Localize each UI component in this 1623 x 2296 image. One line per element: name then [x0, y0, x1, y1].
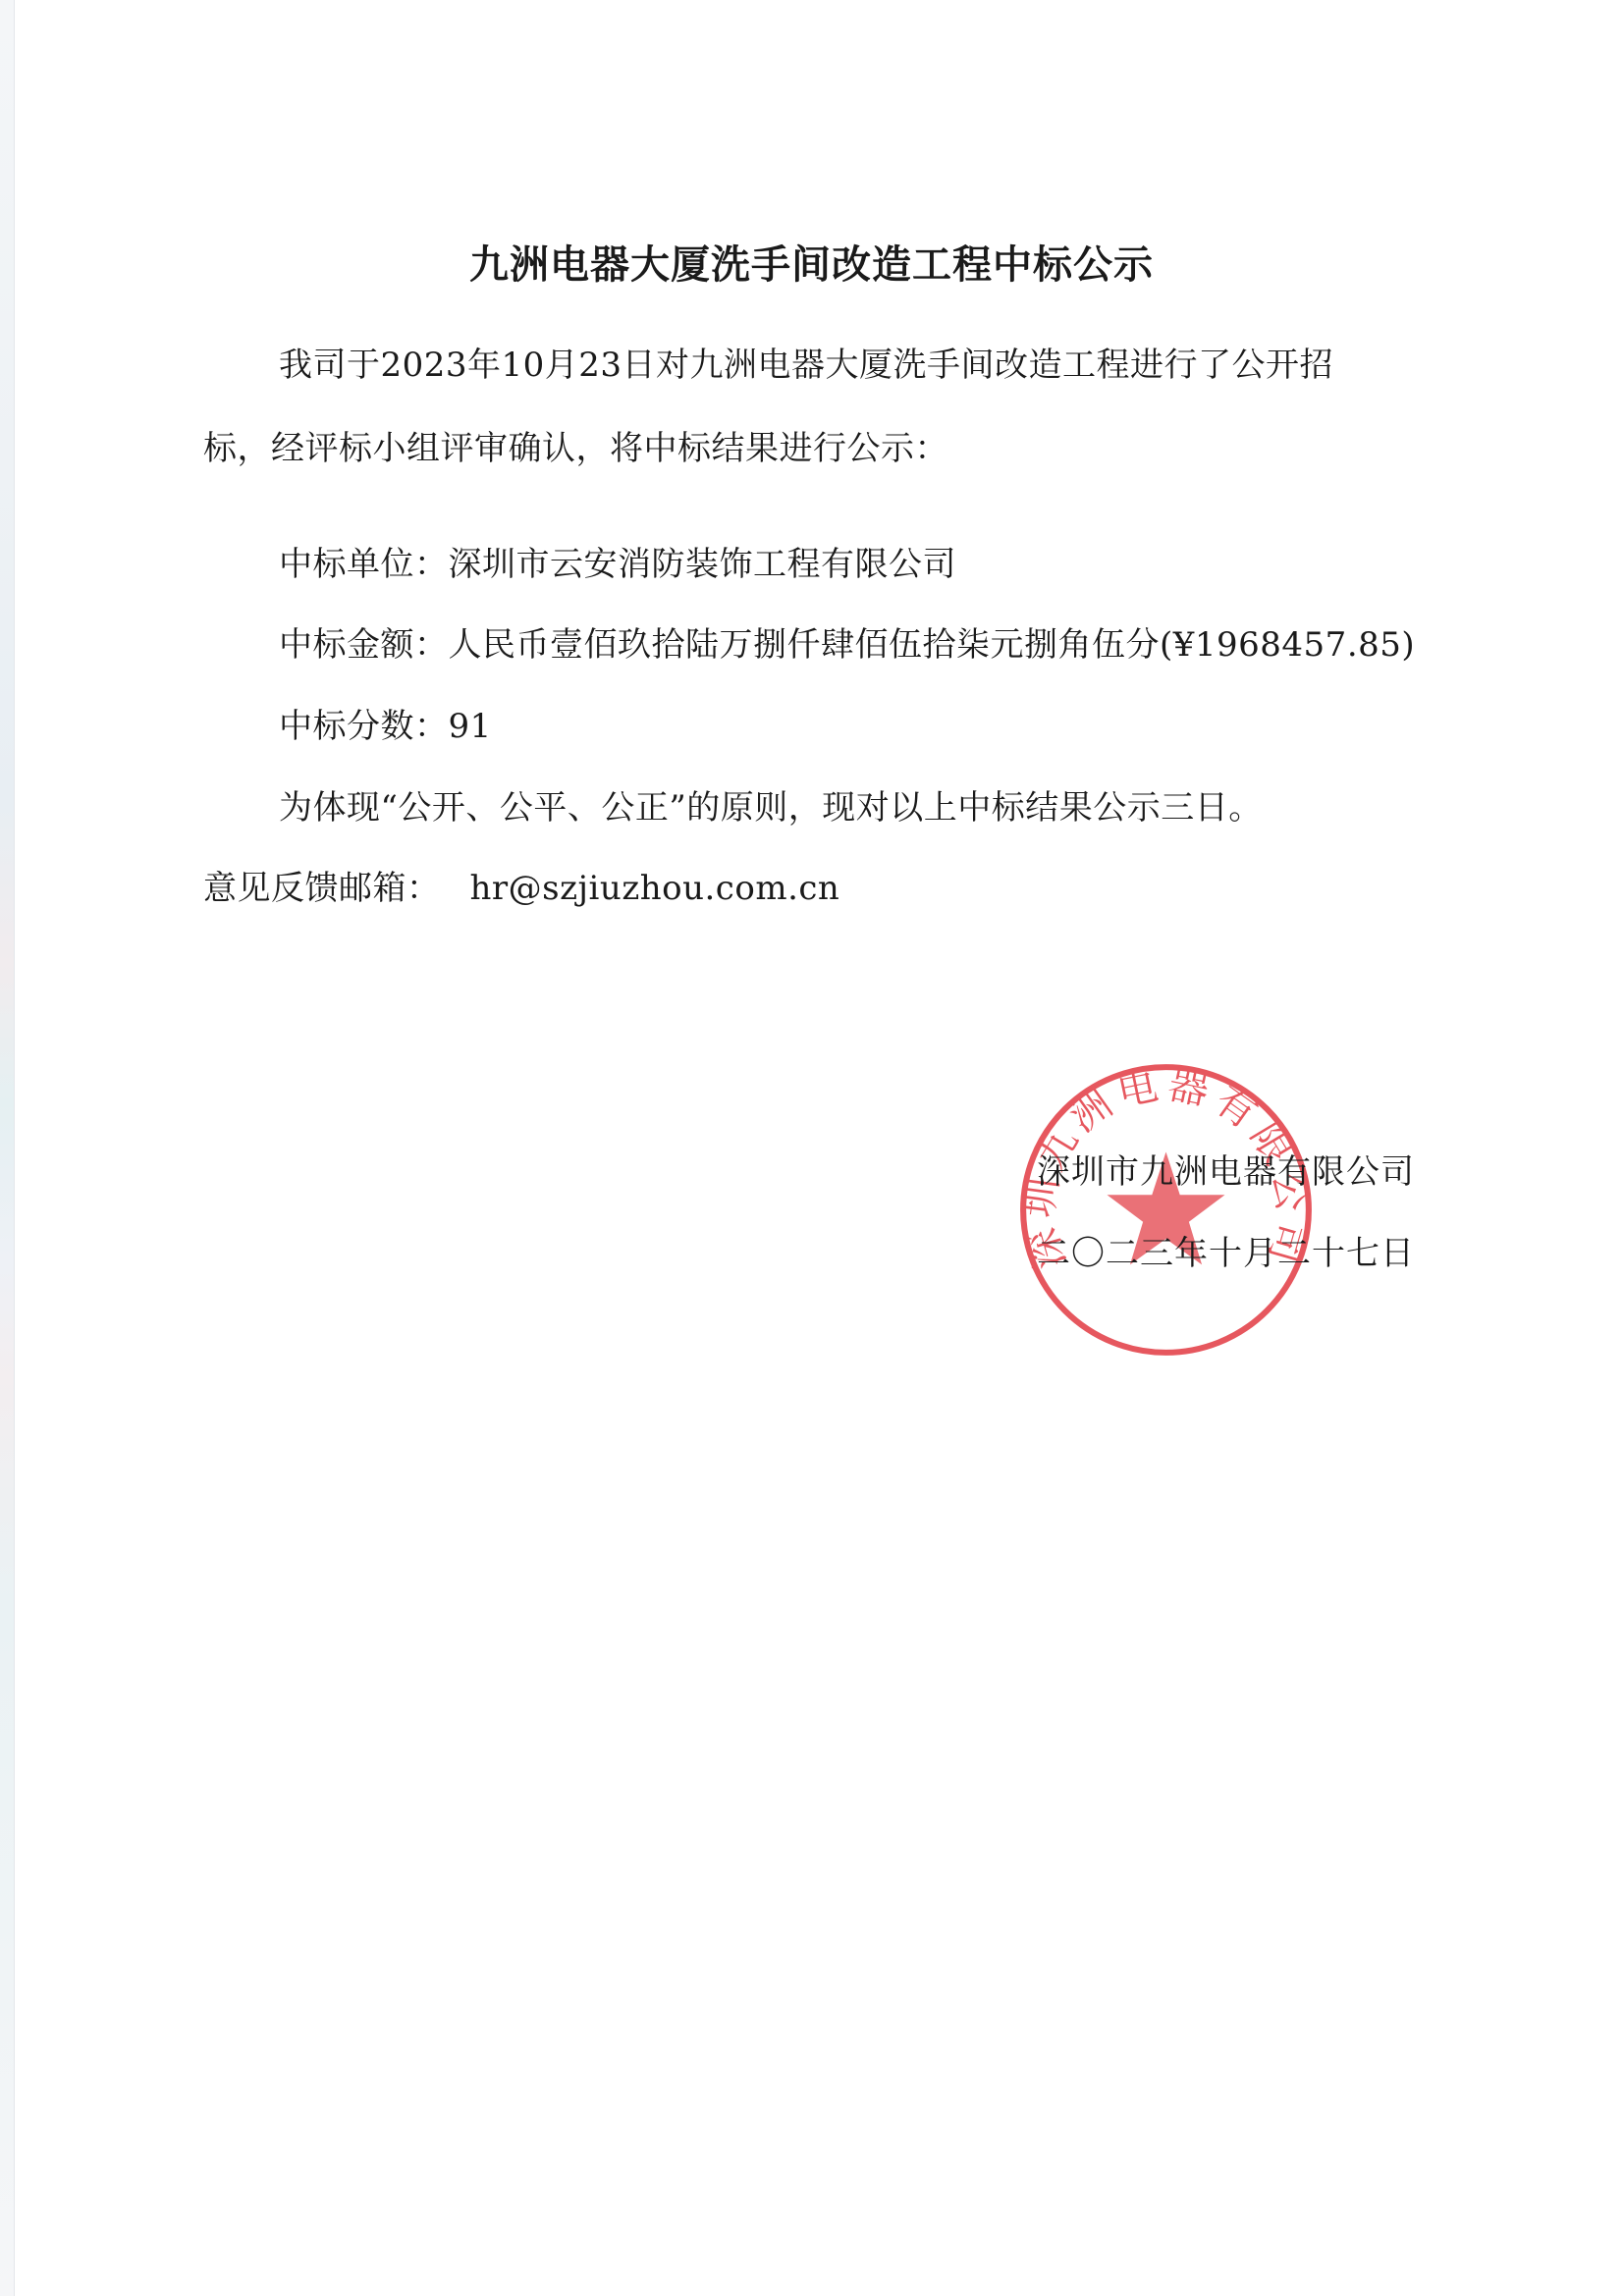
signature-company: 深圳市九洲电器有限公司: [1037, 1152, 1415, 1192]
feedback-label: 意见反馈邮箱：: [203, 869, 441, 908]
document-page: 九洲电器大厦洗手间改造工程中标公示 我司于2023年10月23日对九洲电器大厦洗…: [0, 0, 1623, 2296]
document-title: 九洲电器大厦洗手间改造工程中标公示: [0, 234, 1623, 290]
bid-score-row: 中标分数：91: [279, 707, 492, 746]
feedback-email-link[interactable]: hr@szjiuzhou.com.cn: [470, 869, 840, 908]
bid-score-label: 中标分数：: [279, 707, 449, 746]
winning-bidder-value: 深圳市云安消防装饰工程有限公司: [449, 545, 957, 584]
feedback-row: 意见反馈邮箱：hr@szjiuzhou.com.cn: [203, 869, 839, 908]
winning-bidder-row: 中标单位：深圳市云安消防装饰工程有限公司: [279, 545, 956, 584]
intro-paragraph-line-2: 标，经评标小组评审确认，将中标结果进行公示：: [203, 429, 948, 468]
winning-bidder-label: 中标单位：: [279, 545, 449, 584]
signature-date: 二〇二三年十月二十七日: [1037, 1234, 1415, 1273]
principle-statement: 为体现“公开、公平、公正”的原则，现对以上中标结果公示三日。: [279, 788, 1263, 828]
bid-amount-row: 中标金额：人民币壹佰玖拾陆万捌仟肆佰伍拾柒元捌角伍分(¥1968457.85): [279, 625, 1415, 665]
company-seal-stamp: 深圳九洲电器有限公司: [1016, 1060, 1316, 1360]
intro-paragraph-line-1: 我司于2023年10月23日对九洲电器大厦洗手间改造工程进行了公开招: [279, 346, 1333, 385]
seal-icon: 深圳九洲电器有限公司: [1016, 1060, 1316, 1360]
bid-score-value: 91: [449, 707, 492, 746]
bid-amount-value: 人民币壹佰玖拾陆万捌仟肆佰伍拾柒元捌角伍分(¥1968457.85): [449, 625, 1416, 665]
bid-amount-label: 中标金额：: [279, 625, 449, 665]
